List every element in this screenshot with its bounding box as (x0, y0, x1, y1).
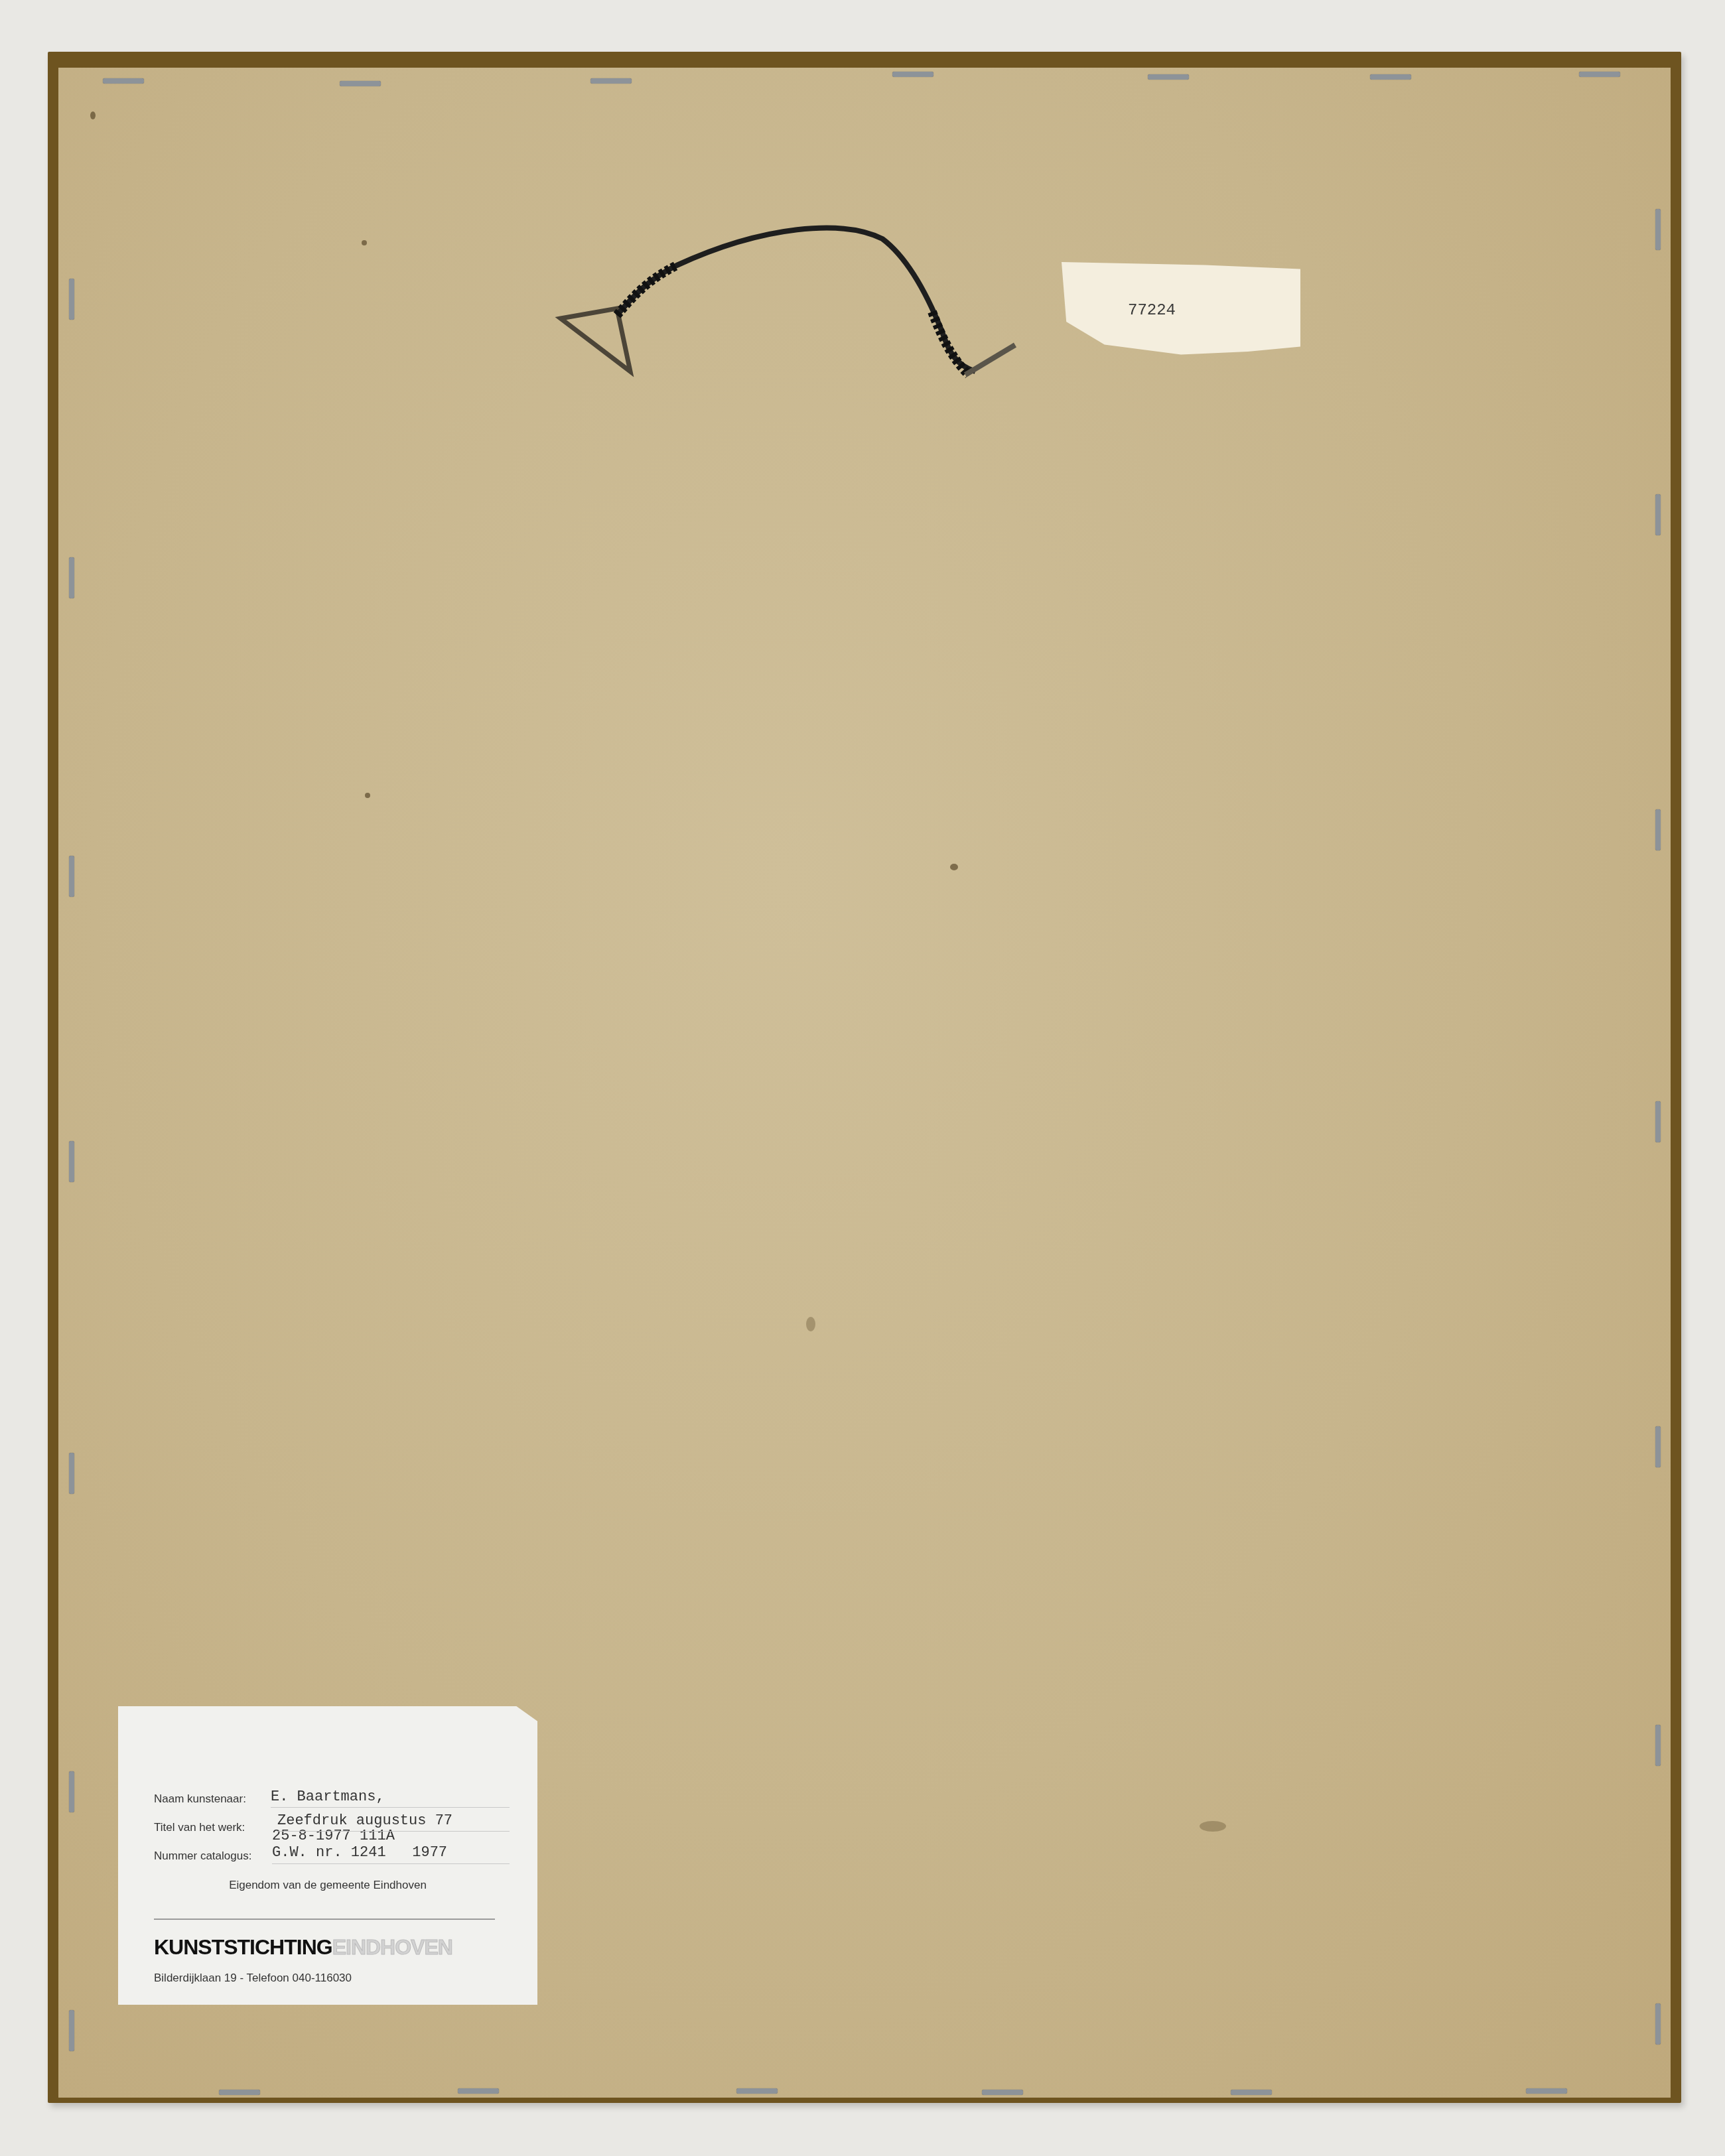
staple (1655, 209, 1661, 250)
wire-hanger-icon (551, 219, 1081, 391)
catalogue-field-label: Nummer catalogus: (154, 1850, 251, 1863)
title-field-label: Titel van het werk: (154, 1821, 245, 1834)
museum-label: Naam kunstenaar: E. Baartmans, Titel van… (118, 1706, 537, 2005)
staple (69, 279, 74, 320)
staple (69, 856, 74, 897)
staple (1655, 494, 1661, 535)
staple (69, 1141, 74, 1182)
catalogue-value: G.W. nr. 1241 1977 (272, 1844, 447, 1861)
staple (1655, 1101, 1661, 1142)
staple (69, 1771, 74, 1812)
artist-field-label: Naam kunstenaar: (154, 1792, 246, 1806)
institution-logo: KUNSTSTICHTINGEINDHOVEN (154, 1935, 452, 1960)
staple (736, 2088, 778, 2094)
field-rule (272, 1863, 510, 1864)
staple (1148, 74, 1189, 80)
stain-speck (806, 1317, 815, 1331)
label-divider (154, 1919, 495, 1920)
staple (69, 557, 74, 598)
title-value-line1: Zeefdruk augustus 77 (277, 1812, 452, 1829)
staple (1655, 1426, 1661, 1467)
staple (340, 81, 381, 86)
staple (1579, 72, 1620, 77)
artist-value: E. Baartmans, (271, 1788, 385, 1805)
staple (1370, 74, 1411, 80)
field-rule (277, 1831, 510, 1832)
staple (219, 2090, 260, 2095)
stain-speck (362, 240, 367, 245)
title-value-line2: 25-8-1977 111A (272, 1828, 395, 1844)
stain-speck (90, 111, 96, 119)
stain-speck (1200, 1821, 1226, 1832)
staple (1231, 2090, 1272, 2095)
staple (1655, 1725, 1661, 1766)
logo-light-text: EINDHOVEN (332, 1935, 452, 1959)
staple (1655, 809, 1661, 850)
staple (982, 2090, 1023, 2095)
inventory-number: 77224 (1128, 302, 1176, 320)
institution-address: Bilderdijklaan 19 - Telefoon 040-116030 (154, 1972, 352, 1985)
staple (1526, 2088, 1567, 2094)
staple (590, 78, 632, 84)
stain-speck (950, 864, 958, 870)
staple (1655, 2003, 1661, 2045)
field-rule (271, 1807, 510, 1808)
stain-speck (365, 793, 370, 798)
staple (458, 2088, 499, 2094)
logo-bold-text: KUNSTSTICHTING (154, 1935, 332, 1959)
staple (103, 78, 144, 84)
staple (69, 2010, 74, 2051)
staple (69, 1453, 74, 1494)
ownership-note: Eigendom van de gemeente Eindhoven (118, 1879, 537, 1892)
staple (892, 72, 933, 77)
